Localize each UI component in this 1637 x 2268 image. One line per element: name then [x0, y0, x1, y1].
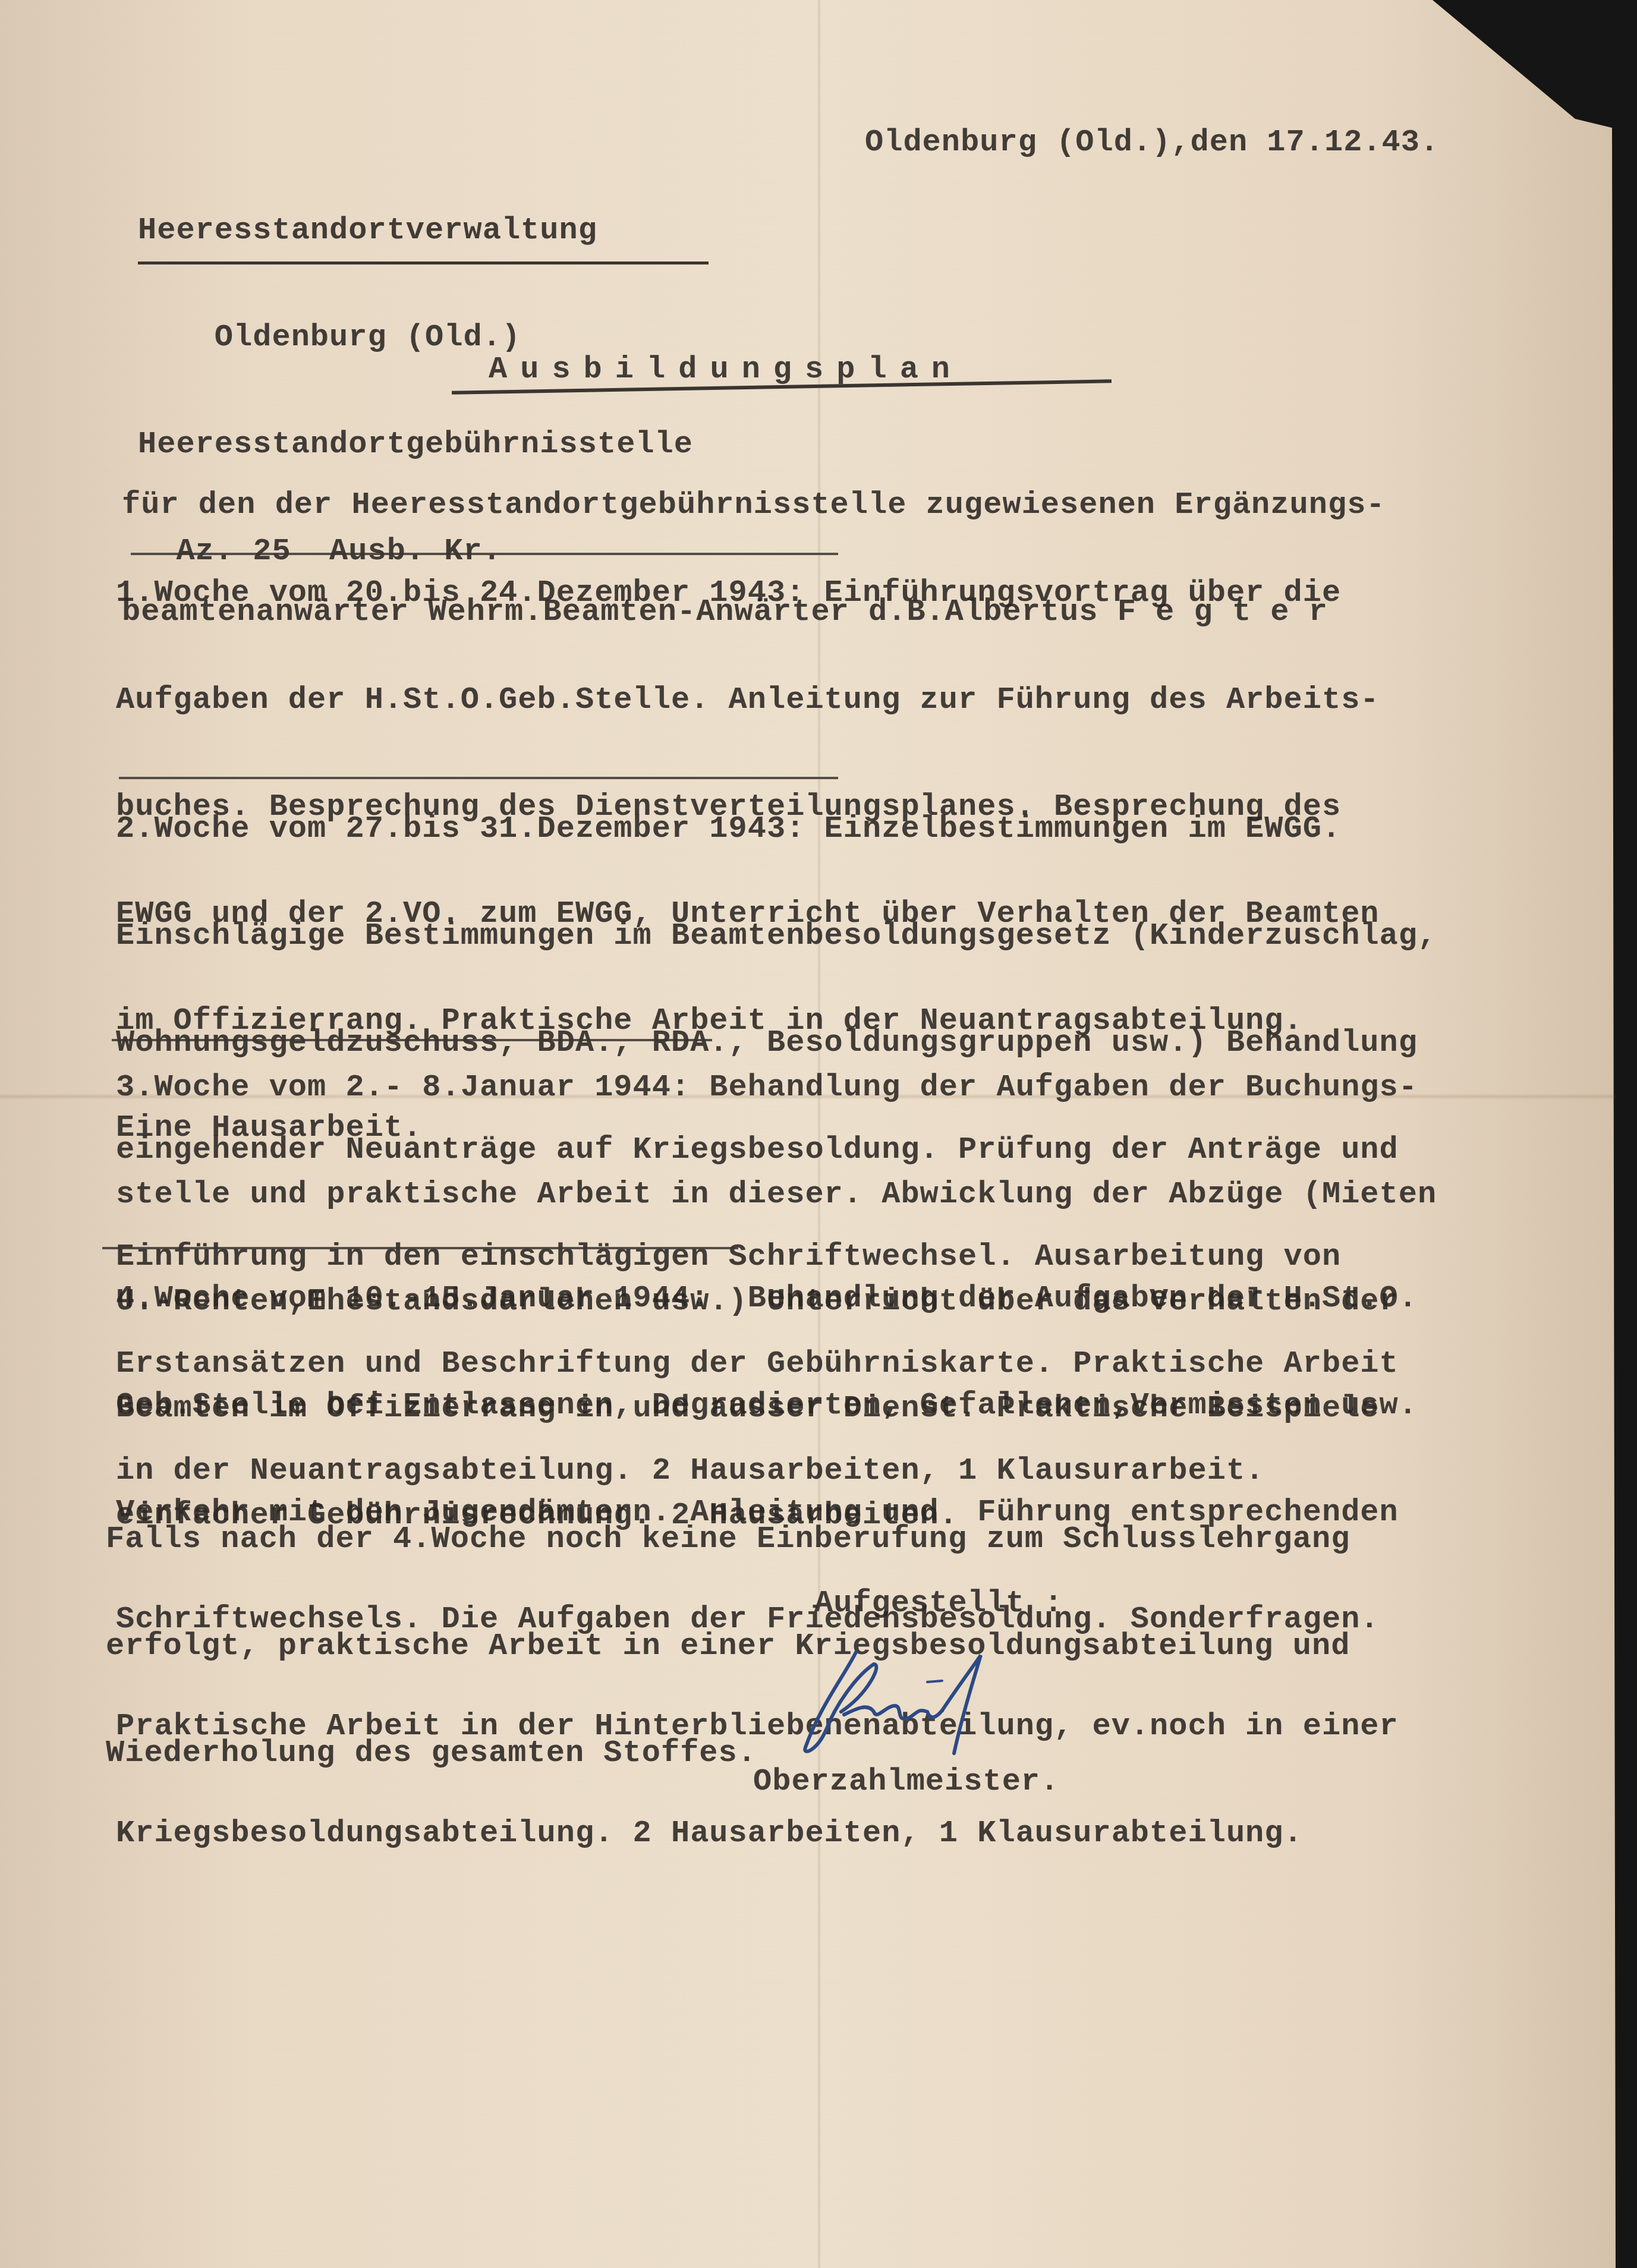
closing-line: erfolgt, praktische Arbeit in einer Krie… [106, 1628, 1350, 1664]
week-line: Kriegsbesoldungsabteilung. 2 Hausarbeite… [116, 1816, 1418, 1851]
place-date: Oldenburg (Old.),den 17.12.43. [865, 125, 1439, 160]
week-2-heading-underline [119, 777, 838, 779]
week-line: 1.Woche vom 20.bis 24.Dezember 1943: Ein… [116, 575, 1380, 611]
document-title: Ausbildungsplan [489, 352, 963, 388]
letterhead-office: Heeresstandortverwaltung [138, 213, 693, 248]
week-3-heading-underline [112, 1039, 712, 1041]
closing-line: Falls nach der 4.Woche noch keine Einber… [106, 1522, 1350, 1557]
letterhead-underline [138, 262, 709, 264]
week-line: Aufgaben der H.St.O.Geb.Stelle. Anleitun… [116, 682, 1380, 718]
week-line: 3.Woche vom 2.- 8.Januar 1944: Behandlun… [116, 1070, 1437, 1105]
week-4-heading-underline [102, 1247, 738, 1249]
signatory-rank: Oberzahlmeister. [753, 1764, 1059, 1800]
closing-line: Wiederholung des gesamten Stoffes. [106, 1735, 1350, 1771]
handwritten-signature: Brauß [785, 1640, 1010, 1759]
closing-paragraph: Falls nach der 4.Woche noch keine Einber… [106, 1450, 1350, 1807]
week-1-heading-underline [131, 553, 838, 555]
week-line: 2.Woche vom 27.bis 31.Dezember 1943: Ein… [116, 811, 1437, 847]
week-line: Einschlägige Bestimmungen im Beamtenbeso… [116, 918, 1437, 954]
week-line: 4.Woche vom 10.-15.Januar 1944: Behandlu… [116, 1281, 1418, 1316]
week-line: stelle und praktische Arbeit in dieser. … [116, 1177, 1437, 1212]
prepared-by-label: Aufgestellt : [814, 1586, 1063, 1621]
week-line: Geb.Stelle bei Entlassenen, Degradierten… [116, 1388, 1418, 1423]
letterhead-city: Oldenburg (Old.) [138, 320, 693, 355]
